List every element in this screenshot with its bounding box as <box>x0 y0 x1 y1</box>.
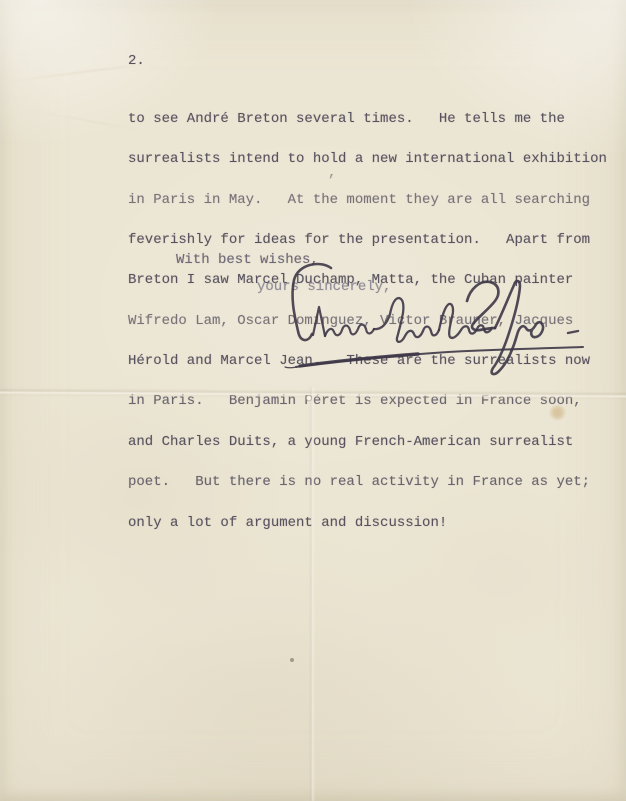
vertical-fold-crease <box>309 387 315 801</box>
paper-wrinkle <box>19 108 138 131</box>
body-line: surrealists intend to hold a new interna… <box>128 153 607 166</box>
signature-ink <box>285 264 583 374</box>
body-line: poet. But there is no real activity in F… <box>128 476 607 489</box>
ink-speck <box>290 658 294 662</box>
stain-spot <box>549 405 566 420</box>
body-line: and Charles Duits, a young French-Americ… <box>128 436 607 449</box>
signature <box>268 256 608 386</box>
letter-page: 2. to see André Breton several times. He… <box>0 0 626 801</box>
stray-typed-comma: , <box>328 167 336 180</box>
body-line: feverishly for ideas for the presentatio… <box>128 234 607 247</box>
page-number: 2. <box>128 55 145 68</box>
fold-intersection-nick <box>306 395 312 402</box>
body-line: only a lot of argument and discussion! <box>128 517 607 530</box>
body-line: to see André Breton several times. He te… <box>128 113 607 126</box>
body-line: in Paris in May. At the moment they are … <box>128 194 607 207</box>
